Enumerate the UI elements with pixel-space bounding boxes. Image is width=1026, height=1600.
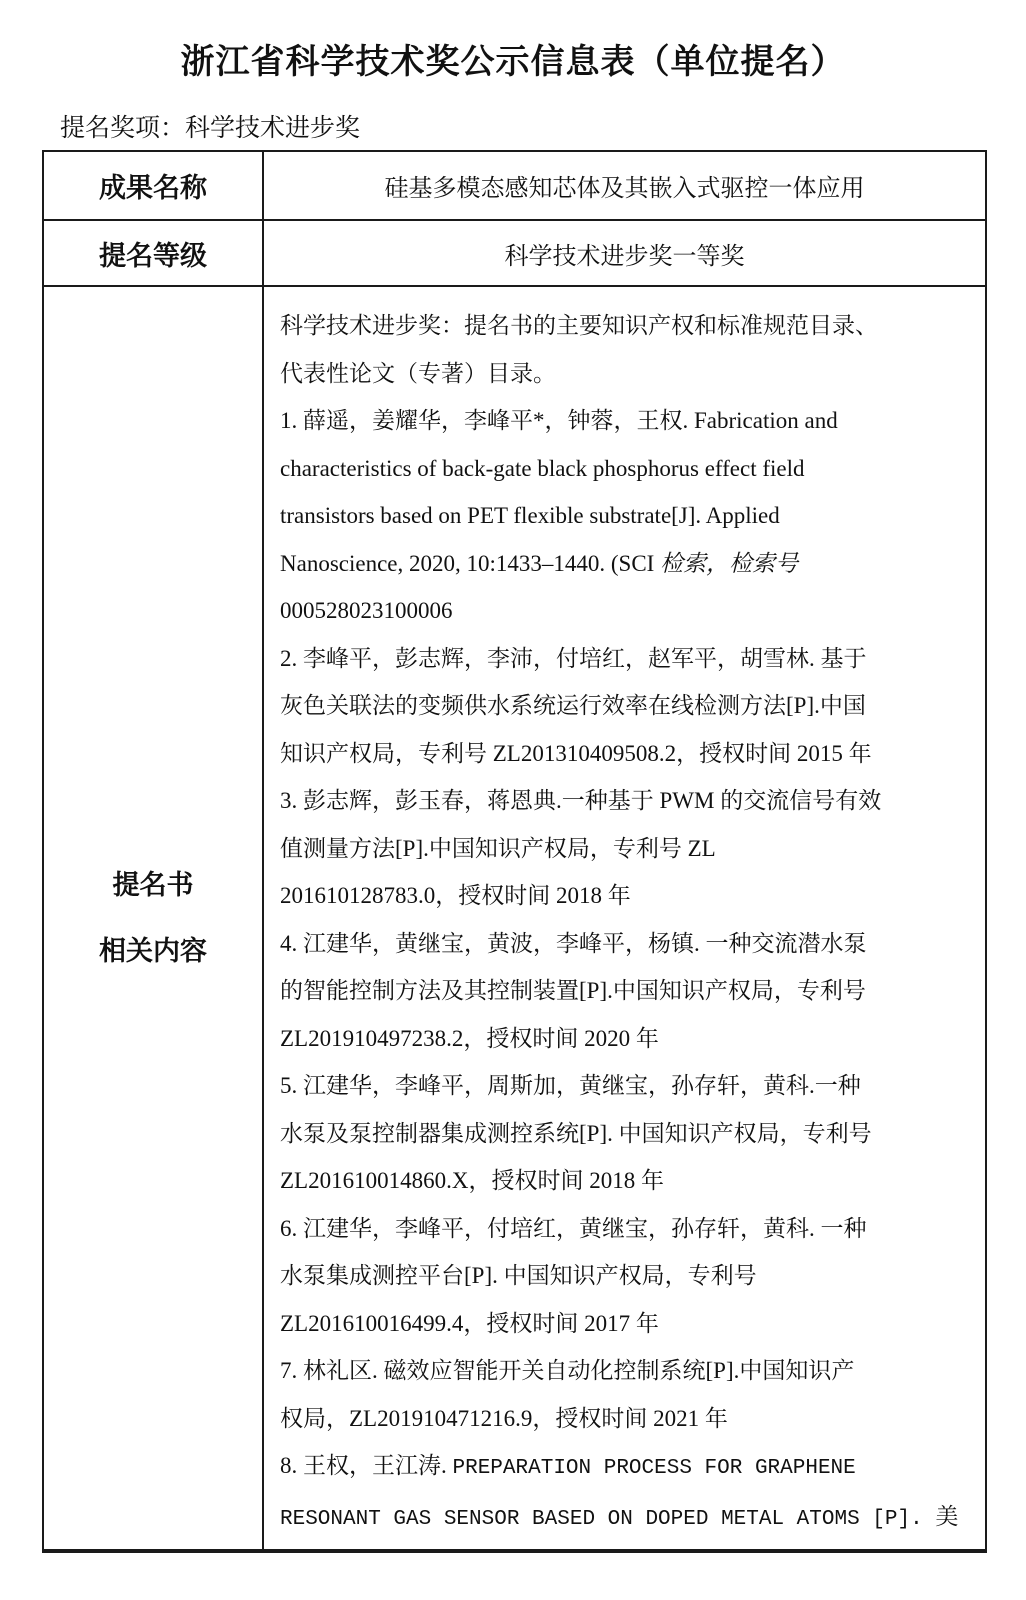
- content-line: ZL201610014860.X，授权时间 2018 年: [280, 1157, 975, 1205]
- content-line-segment: 000528023100006: [280, 598, 453, 623]
- content-line-segment: 1. 薛遥，姜耀华，李峰平*，钟蓉，王权. Fabrication and: [280, 408, 838, 433]
- award-info-table: 成果名称 硅基多模态感知芯体及其嵌入式驱控一体应用 提名等级 科学技术进步奖一等…: [42, 150, 987, 1553]
- content-line-segment: 美: [935, 1504, 958, 1529]
- nomination-grade-label: 提名等级: [43, 220, 263, 286]
- nomination-content-label: 提名书 相关内容: [43, 286, 263, 1551]
- content-line: 201610128783.0，授权时间 2018 年: [280, 872, 975, 920]
- content-line-segment: 2. 李峰平，彭志辉，李沛，付培红，赵军平，胡雪林. 基于: [280, 646, 867, 671]
- content-line-segment: characteristics of back-gate black phosp…: [280, 456, 805, 481]
- nomination-content-label-line2: 相关内容: [44, 918, 262, 984]
- content-line: transistors based on PET flexible substr…: [280, 492, 975, 540]
- content-line: ZL201910497238.2，授权时间 2020 年: [280, 1015, 975, 1063]
- content-line: 5. 江建华，李峰平，周斯加，黄继宝，孙存轩，黄科.一种: [280, 1062, 975, 1110]
- content-line-segment: 值测量方法[P].中国知识产权局，专利号 ZL: [280, 836, 716, 861]
- result-name-value: 硅基多模态感知芯体及其嵌入式驱控一体应用: [263, 151, 986, 220]
- content-line: 水泵及泵控制器集成测控系统[P]. 中国知识产权局，专利号: [280, 1110, 975, 1158]
- result-name-label: 成果名称: [43, 151, 263, 220]
- content-line-segment: transistors based on PET flexible substr…: [280, 503, 780, 528]
- content-line-segment: Nanoscience, 2020, 10:1433–1440. (SCI: [280, 551, 660, 576]
- nomination-content-lines: 科学技术进步奖：提名书的主要知识产权和标准规范目录、代表性论文（专著）目录。1.…: [280, 302, 975, 1543]
- content-line-segment: 5. 江建华，李峰平，周斯加，黄继宝，孙存轩，黄科.一种: [280, 1073, 861, 1098]
- content-line-segment: 知识产权局，专利号 ZL201310409508.2，授权时间 2015 年: [280, 741, 872, 766]
- content-line-segment: ZL201610016499.4，授权时间 2017 年: [280, 1311, 659, 1336]
- nomination-content-label-line1: 提名书: [44, 852, 262, 918]
- content-line: 权局，ZL201910471216.9，授权时间 2021 年: [280, 1395, 975, 1443]
- content-line: 8. 王权，王江涛. PREPARATION PROCESS FOR GRAPH…: [280, 1442, 975, 1493]
- content-line: 的智能控制方法及其控制装置[P].中国知识产权局，专利号: [280, 967, 975, 1015]
- content-line-segment: 的智能控制方法及其控制装置[P].中国知识产权局，专利号: [280, 978, 866, 1003]
- content-line: 6. 江建华，李峰平，付培红，黄继宝，孙存轩，黄科. 一种: [280, 1205, 975, 1253]
- award-category-label: 提名奖项：科学技术进步奖: [60, 108, 360, 144]
- table-row: 提名书 相关内容 科学技术进步奖：提名书的主要知识产权和标准规范目录、代表性论文…: [43, 286, 986, 1551]
- content-line-segment: 科学技术进步奖：提名书的主要知识产权和标准规范目录、: [280, 313, 878, 338]
- content-line: 000528023100006: [280, 587, 975, 635]
- content-line: 4. 江建华，黄继宝，黄波，李峰平，杨镇. 一种交流潜水泵: [280, 920, 975, 968]
- content-line-segment: ZL201910497238.2，授权时间 2020 年: [280, 1026, 659, 1051]
- content-line-segment: PREPARATION PROCESS FOR GRAPHENE: [453, 1457, 856, 1480]
- content-line-segment: 7. 林礼区. 磁效应智能开关自动化控制系统[P].中国知识产: [280, 1358, 854, 1383]
- content-line: 3. 彭志辉，彭玉春，蒋恩典.一种基于 PWM 的交流信号有效: [280, 777, 975, 825]
- content-line-segment: 代表性论文（专著）目录。: [280, 361, 556, 386]
- table-row: 成果名称 硅基多模态感知芯体及其嵌入式驱控一体应用: [43, 151, 986, 220]
- content-line-segment: RESONANT GAS SENSOR BASED ON DOPED METAL…: [280, 1508, 935, 1531]
- content-line-segment: ZL201610014860.X，授权时间 2018 年: [280, 1168, 664, 1193]
- content-line-segment: 6. 江建华，李峰平，付培红，黄继宝，孙存轩，黄科. 一种: [280, 1216, 867, 1241]
- content-line: characteristics of back-gate black phosp…: [280, 445, 975, 493]
- content-line: 灰色关联法的变频供水系统运行效率在线检测方法[P].中国: [280, 682, 975, 730]
- nomination-grade-value: 科学技术进步奖一等奖: [263, 220, 986, 286]
- content-line: 科学技术进步奖：提名书的主要知识产权和标准规范目录、: [280, 302, 975, 350]
- nomination-content-cell: 科学技术进步奖：提名书的主要知识产权和标准规范目录、代表性论文（专著）目录。1.…: [263, 286, 986, 1551]
- content-line-segment: 水泵集成测控平台[P]. 中国知识产权局，专利号: [280, 1263, 757, 1288]
- content-line: 7. 林礼区. 磁效应智能开关自动化控制系统[P].中国知识产: [280, 1347, 975, 1395]
- content-line: 水泵集成测控平台[P]. 中国知识产权局，专利号: [280, 1252, 975, 1300]
- table-row: 提名等级 科学技术进步奖一等奖: [43, 220, 986, 286]
- content-line-segment: 水泵及泵控制器集成测控系统[P]. 中国知识产权局，专利号: [280, 1121, 872, 1146]
- content-line: 2. 李峰平，彭志辉，李沛，付培红，赵军平，胡雪林. 基于: [280, 635, 975, 683]
- content-line-segment: 201610128783.0，授权时间 2018 年: [280, 883, 631, 908]
- content-line-segment: 灰色关联法的变频供水系统运行效率在线检测方法[P].中国: [280, 693, 866, 718]
- content-line-segment: 权局，ZL201910471216.9，授权时间 2021 年: [280, 1406, 728, 1431]
- content-line-segment: 检索，检索号: [660, 551, 798, 576]
- content-line: 知识产权局，专利号 ZL201310409508.2，授权时间 2015 年: [280, 730, 975, 778]
- page-title: 浙江省科学技术奖公示信息表（单位提名）: [0, 34, 1026, 83]
- content-line: 1. 薛遥，姜耀华，李峰平*，钟蓉，王权. Fabrication and: [280, 397, 975, 445]
- content-line: ZL201610016499.4，授权时间 2017 年: [280, 1300, 975, 1348]
- content-line: 代表性论文（专著）目录。: [280, 350, 975, 398]
- content-line: Nanoscience, 2020, 10:1433–1440. (SCI 检索…: [280, 540, 975, 588]
- content-line-segment: 8. 王权，王江涛.: [280, 1453, 453, 1478]
- content-line-segment: 4. 江建华，黄继宝，黄波，李峰平，杨镇. 一种交流潜水泵: [280, 931, 867, 956]
- content-line: RESONANT GAS SENSOR BASED ON DOPED METAL…: [280, 1493, 975, 1544]
- content-line: 值测量方法[P].中国知识产权局，专利号 ZL: [280, 825, 975, 873]
- content-line-segment: 3. 彭志辉，彭玉春，蒋恩典.一种基于 PWM 的交流信号有效: [280, 788, 881, 813]
